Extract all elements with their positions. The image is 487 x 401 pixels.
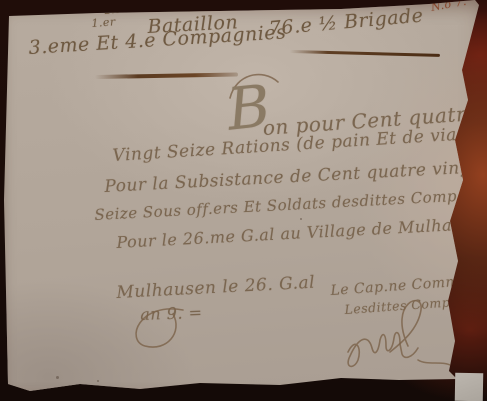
year-flourish-stroke xyxy=(125,302,197,352)
paper-speck xyxy=(56,376,59,379)
companies-underline-stroke xyxy=(95,73,238,79)
brigade-title: 76.e ½ Brigade xyxy=(268,4,424,39)
paper-speck xyxy=(300,218,302,220)
battalion-original: 1.er xyxy=(91,15,116,30)
photo-background: 2.eme 1.er Bataillon 76.e ½ Brigade N.o … xyxy=(0,0,487,401)
corner-patch xyxy=(455,373,483,401)
signature-flourish xyxy=(328,288,464,374)
dateline-place: Mulhausen le 26. G.al xyxy=(116,273,316,303)
corner-number: N.o 7. xyxy=(430,0,468,14)
paper-speck xyxy=(97,380,99,382)
brigade-underline-stroke xyxy=(290,50,440,57)
document-paper: 2.eme 1.er Bataillon 76.e ½ Brigade N.o … xyxy=(0,0,487,401)
